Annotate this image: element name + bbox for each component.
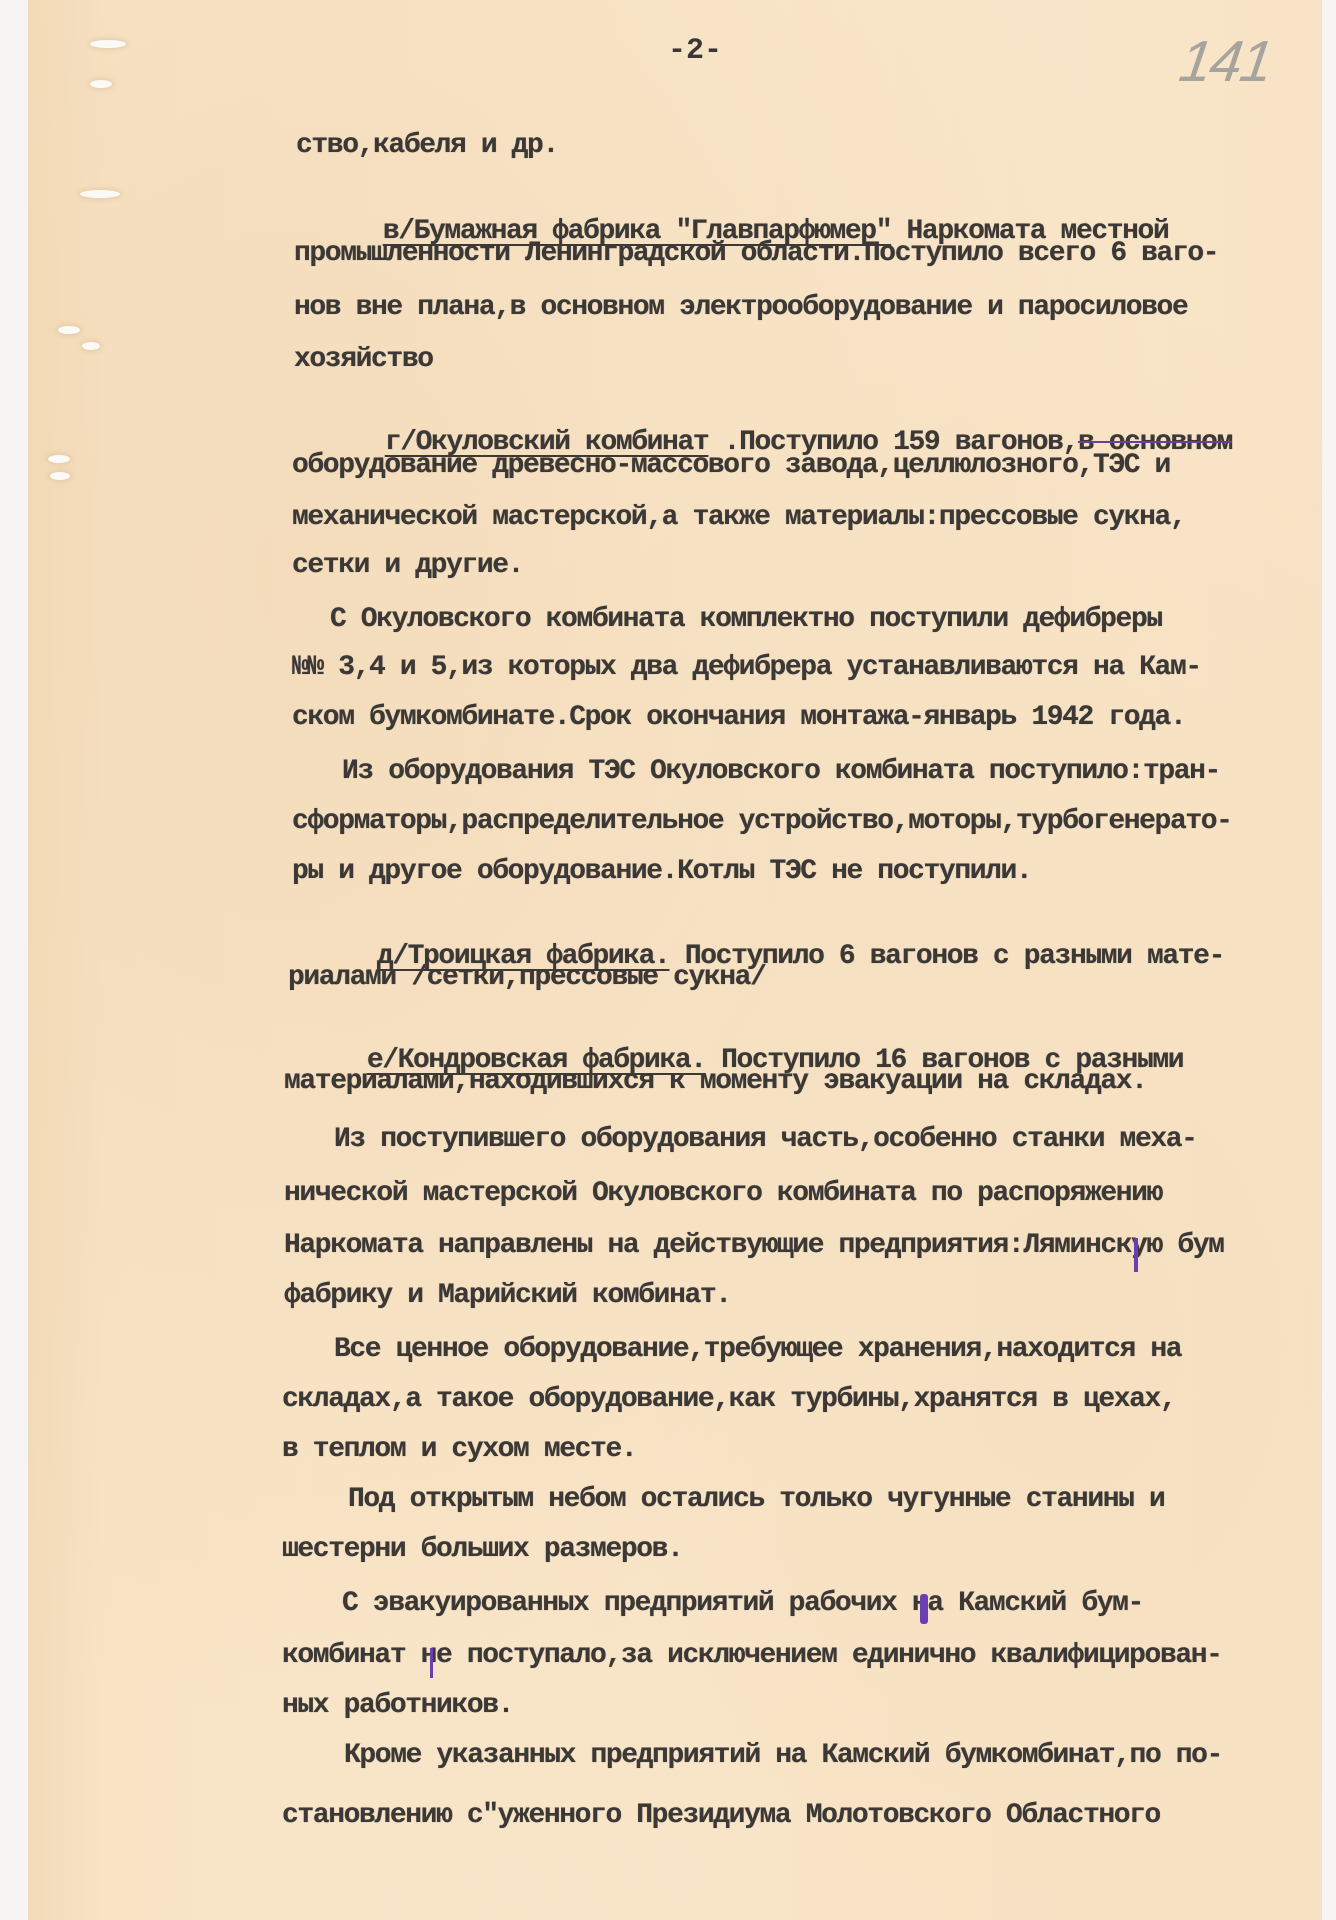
text-line: ры и другое оборудование.Котлы ТЭС не по… bbox=[292, 856, 1031, 887]
text-line: фабрику и Марийский комбинат. bbox=[284, 1280, 731, 1311]
text-line: ском бумкомбинате.Срок окончания монтажа… bbox=[292, 702, 1185, 733]
text-line: сетки и другие. bbox=[292, 550, 523, 581]
text-line: складах,а такое оборудование,как турбины… bbox=[282, 1384, 1175, 1415]
text-line: нической мастерской Окуловского комбинат… bbox=[284, 1178, 1162, 1209]
binding-hole bbox=[90, 40, 126, 48]
text-line: г/Окуловский комбинат .Поступило 159 ваг… bbox=[354, 396, 1232, 458]
text-line: №№ 3,4 и 5,из которых два дефибрера уста… bbox=[292, 652, 1201, 683]
text-line: шестерни больших размеров. bbox=[282, 1534, 682, 1565]
binding-hole bbox=[90, 80, 112, 88]
correction-mark bbox=[920, 1594, 928, 1624]
text-line: Кроме указанных предприятий на Камский б… bbox=[344, 1740, 1222, 1771]
binding-hole bbox=[58, 326, 80, 334]
binding-hole bbox=[80, 190, 120, 198]
text-line: Из оборудования ТЭС Окуловского комбинат… bbox=[342, 756, 1220, 787]
text-line: в теплом и сухом месте. bbox=[282, 1434, 636, 1465]
binding-hole bbox=[50, 472, 70, 480]
correction-mark bbox=[1134, 1238, 1138, 1272]
text-line: механической мастерской,а также материал… bbox=[292, 502, 1185, 533]
text-line: С Окуловского комбината комплектно посту… bbox=[330, 604, 1162, 635]
text-line: С эвакуированных предприятий рабочих на … bbox=[342, 1588, 1143, 1619]
text-line: нов вне плана,в основном электрооборудов… bbox=[294, 292, 1187, 323]
text-line: сформаторы,распределительное устройство,… bbox=[292, 806, 1232, 837]
text-line: оборудование древесно-массового завода,ц… bbox=[292, 450, 1170, 481]
text-line: Наркомата направлены на действующие пред… bbox=[284, 1230, 1224, 1261]
text-line: становлению с"уженного Президиума Молото… bbox=[282, 1800, 1160, 1831]
text-line: Под открытым небом остались только чугун… bbox=[348, 1484, 1164, 1515]
text-line: ных работников. bbox=[282, 1690, 513, 1721]
text-line: хозяйство bbox=[294, 344, 433, 375]
text-line: Все ценное оборудование,требующее хранен… bbox=[334, 1334, 1181, 1365]
text-line: Из поступившего оборудования часть,особе… bbox=[334, 1124, 1197, 1155]
page-number: -2- bbox=[668, 34, 722, 68]
binding-hole bbox=[48, 455, 70, 463]
text-line: материалами,находившихся к моменту эваку… bbox=[284, 1066, 1147, 1097]
binding-hole bbox=[82, 342, 100, 350]
text-line: ство,кабеля и др. bbox=[296, 130, 558, 161]
text-line: промышленности Ленинградской области.Пос… bbox=[294, 238, 1218, 269]
correction-mark bbox=[430, 1648, 433, 1678]
text-line: комбинат не поступало,за исключением еди… bbox=[282, 1640, 1222, 1671]
text-line: риалами /сетки,прессовые сукна/ bbox=[288, 962, 766, 993]
archive-sheet-number: 141 bbox=[1175, 28, 1275, 95]
